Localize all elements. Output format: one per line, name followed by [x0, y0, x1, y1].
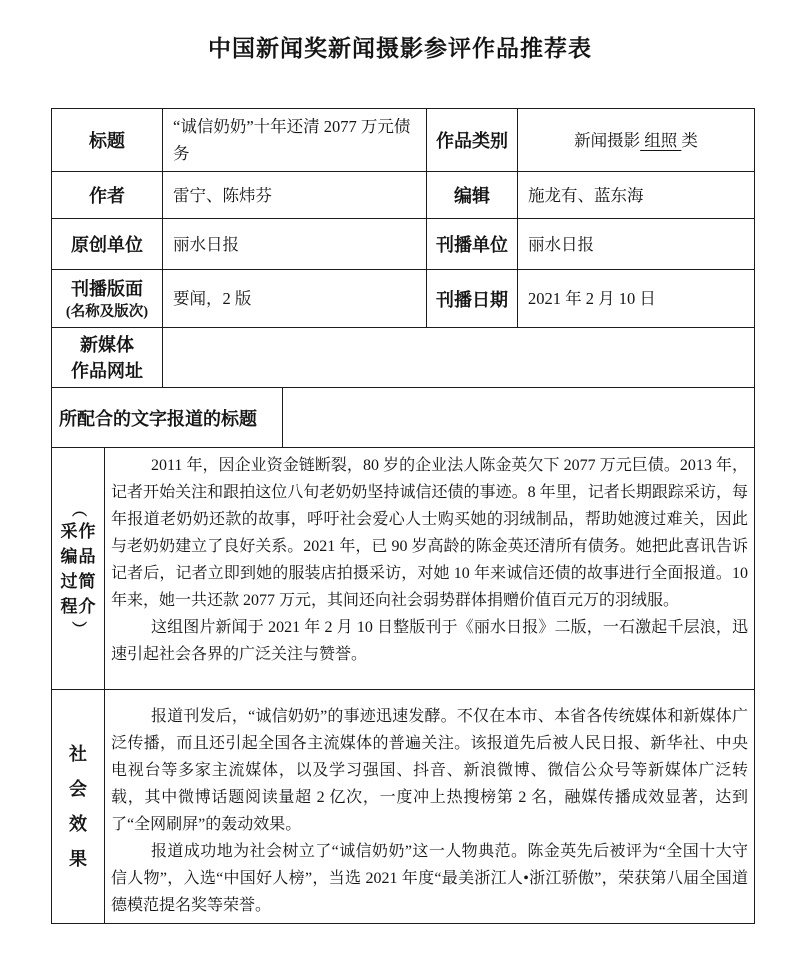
publish-unit-value: 丽水日报: [518, 219, 755, 270]
document-page: 中国新闻奖新闻摄影参评作品推荐表 标题 “诚信奶奶”十年还清 2077 万元债务…: [0, 0, 800, 969]
publish-page-label-line2: (名称及版次): [54, 302, 160, 322]
open-paren: （: [71, 501, 84, 516]
social-effect-content: 报道刊发后，“诚信奶奶”的事迹迅速发酵。不仅在本市、本省各传统媒体和新媒体广泛传…: [105, 690, 755, 924]
title-label: 标题: [52, 109, 163, 172]
new-media-url-label-line1: 新媒体: [54, 332, 160, 358]
row-new-media-url: 新媒体 作品网址: [52, 328, 755, 388]
publish-unit-label: 刊播单位: [427, 219, 518, 270]
original-unit-label: 原创单位: [52, 219, 163, 270]
original-unit-value: 丽水日报: [163, 219, 427, 270]
work-intro-content: 2011 年，因企业资金链断裂，80 岁的企业法人陈金英欠下 2077 万元巨债…: [105, 448, 755, 690]
category-label: 作品类别: [427, 109, 518, 172]
row-page-date: 刊播版面 (名称及版次) 要闻，2 版 刊播日期 2021 年 2 月 10 日: [52, 270, 755, 328]
social-effect-paragraph: 报道刊发后，“诚信奶奶”的事迹迅速发酵。不仅在本市、本省各传统媒体和新媒体广泛传…: [111, 703, 748, 838]
new-media-url-label-line2: 作品网址: [54, 358, 160, 384]
work-intro-paragraph: 这组图片新闻于 2021 年 2 月 10 日整版刊于《丽水日报》二版，一石激起…: [111, 614, 748, 668]
publish-page-label: 刊播版面 (名称及版次): [52, 270, 163, 328]
social-effect-label-cell: 社 会 效 果: [52, 690, 105, 924]
new-media-url-value: [163, 328, 755, 388]
publish-date-value: 2021 年 2 月 10 日: [518, 270, 755, 328]
category-underlined: 组照: [640, 131, 681, 150]
category-suffix: 类: [681, 131, 698, 150]
recommendation-table: 标题 “诚信奶奶”十年还清 2077 万元债务 作品类别 新闻摄影 组照 类 作…: [51, 108, 755, 924]
row-work-intro: （ 采 编 过 程 作 品 简 介: [52, 448, 755, 690]
author-label: 作者: [52, 172, 163, 219]
row-social-effect: 社 会 效 果 报道刊发后，“诚信奶奶”的事迹迅速发酵。不仅在本市、本省各传统媒…: [52, 690, 755, 924]
row-author-editor: 作者 雷宁、陈炜芬 编辑 施龙有、蓝东海: [52, 172, 755, 219]
publish-page-value: 要闻，2 版: [163, 270, 427, 328]
title-value: “诚信奶奶”十年还清 2077 万元债务: [163, 109, 427, 172]
category-value: 新闻摄影 组照 类: [518, 109, 755, 172]
label-col-process: 采 编 过 程: [61, 519, 78, 619]
work-intro-label-cell: （ 采 编 过 程 作 品 简 介: [52, 448, 105, 690]
row-accompanying-report: 所配合的文字报道的标题: [52, 388, 755, 448]
social-effect-paragraph: 报道成功地为社会树立了“诚信奶奶”这一人物典范。陈金英先后被评为“全国十大守信人…: [111, 838, 748, 919]
accompanying-report-label: 所配合的文字报道的标题: [52, 388, 283, 448]
publish-page-label-line1: 刊播版面: [54, 276, 160, 302]
publish-date-label: 刊播日期: [427, 270, 518, 328]
social-effect-vertical-label: 社 会 效 果: [54, 737, 102, 877]
accompanying-report-value: [283, 388, 755, 448]
close-paren: ）: [71, 620, 84, 635]
label-col-intro: 作 品 简 介: [79, 519, 96, 619]
new-media-url-label: 新媒体 作品网址: [52, 328, 163, 388]
author-value: 雷宁、陈炜芬: [163, 172, 427, 219]
page-title: 中国新闻奖新闻摄影参评作品推荐表: [0, 0, 800, 63]
work-intro-paragraph: 2011 年，因企业资金链断裂，80 岁的企业法人陈金英欠下 2077 万元巨债…: [111, 452, 748, 614]
row-original-unit: 原创单位 丽水日报 刊播单位 丽水日报: [52, 219, 755, 270]
category-prefix: 新闻摄影: [574, 131, 640, 150]
editor-value: 施龙有、蓝东海: [518, 172, 755, 219]
editor-label: 编辑: [427, 172, 518, 219]
row-title-category: 标题 “诚信奶奶”十年还清 2077 万元债务 作品类别 新闻摄影 组照 类: [52, 109, 755, 172]
work-intro-vertical-label: （ 采 编 过 程 作 品 简 介: [54, 503, 102, 635]
